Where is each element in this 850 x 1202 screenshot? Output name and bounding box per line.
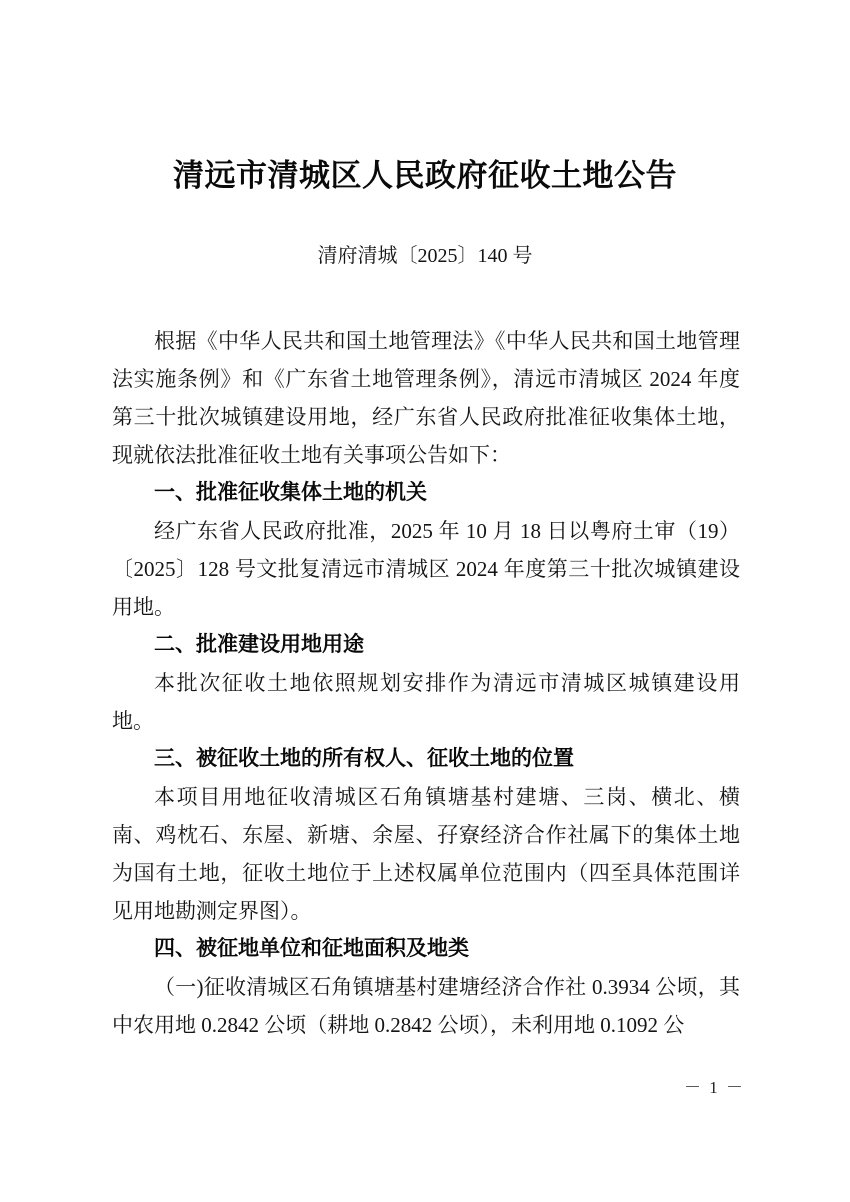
page-number: － 1 －	[684, 1078, 745, 1098]
doc-number: 清府清城〔2025〕140 号	[0, 244, 850, 268]
section-3-heading: 三、被征收土地的所有权人、征收土地的位置	[112, 740, 740, 778]
section-2-paragraph: 本批次征收土地依照规划安排作为清远市清城区城镇建设用地。	[112, 664, 740, 740]
section-2-heading: 二、批准建设用地用途	[112, 626, 740, 664]
section-4-heading: 四、被征地单位和征地面积及地类	[112, 930, 740, 968]
section-1-paragraph: 经广东省人民政府批准，2025 年 10 月 18 日以粤府土审（19）〔202…	[112, 512, 740, 626]
section-1-heading: 一、批准征收集体土地的机关	[112, 474, 740, 512]
section-4-paragraph: （一)征收清城区石角镇塘基村建塘经济合作社 0.3934 公顷，其中农用地 0.…	[112, 968, 740, 1044]
intro-paragraph: 根据《中华人民共和国土地管理法》《中华人民共和国土地管理法实施条例》和《广东省土…	[112, 322, 740, 474]
page-title: 清远市清城区人民政府征收土地公告	[0, 156, 850, 196]
document-body: 根据《中华人民共和国土地管理法》《中华人民共和国土地管理法实施条例》和《广东省土…	[112, 322, 740, 1044]
document-page: 清远市清城区人民政府征收土地公告 清府清城〔2025〕140 号 根据《中华人民…	[0, 0, 850, 1202]
section-3-paragraph: 本项目用地征收清城区石角镇塘基村建塘、三岗、横北、横南、鸡枕石、东屋、新塘、余屋…	[112, 778, 740, 930]
